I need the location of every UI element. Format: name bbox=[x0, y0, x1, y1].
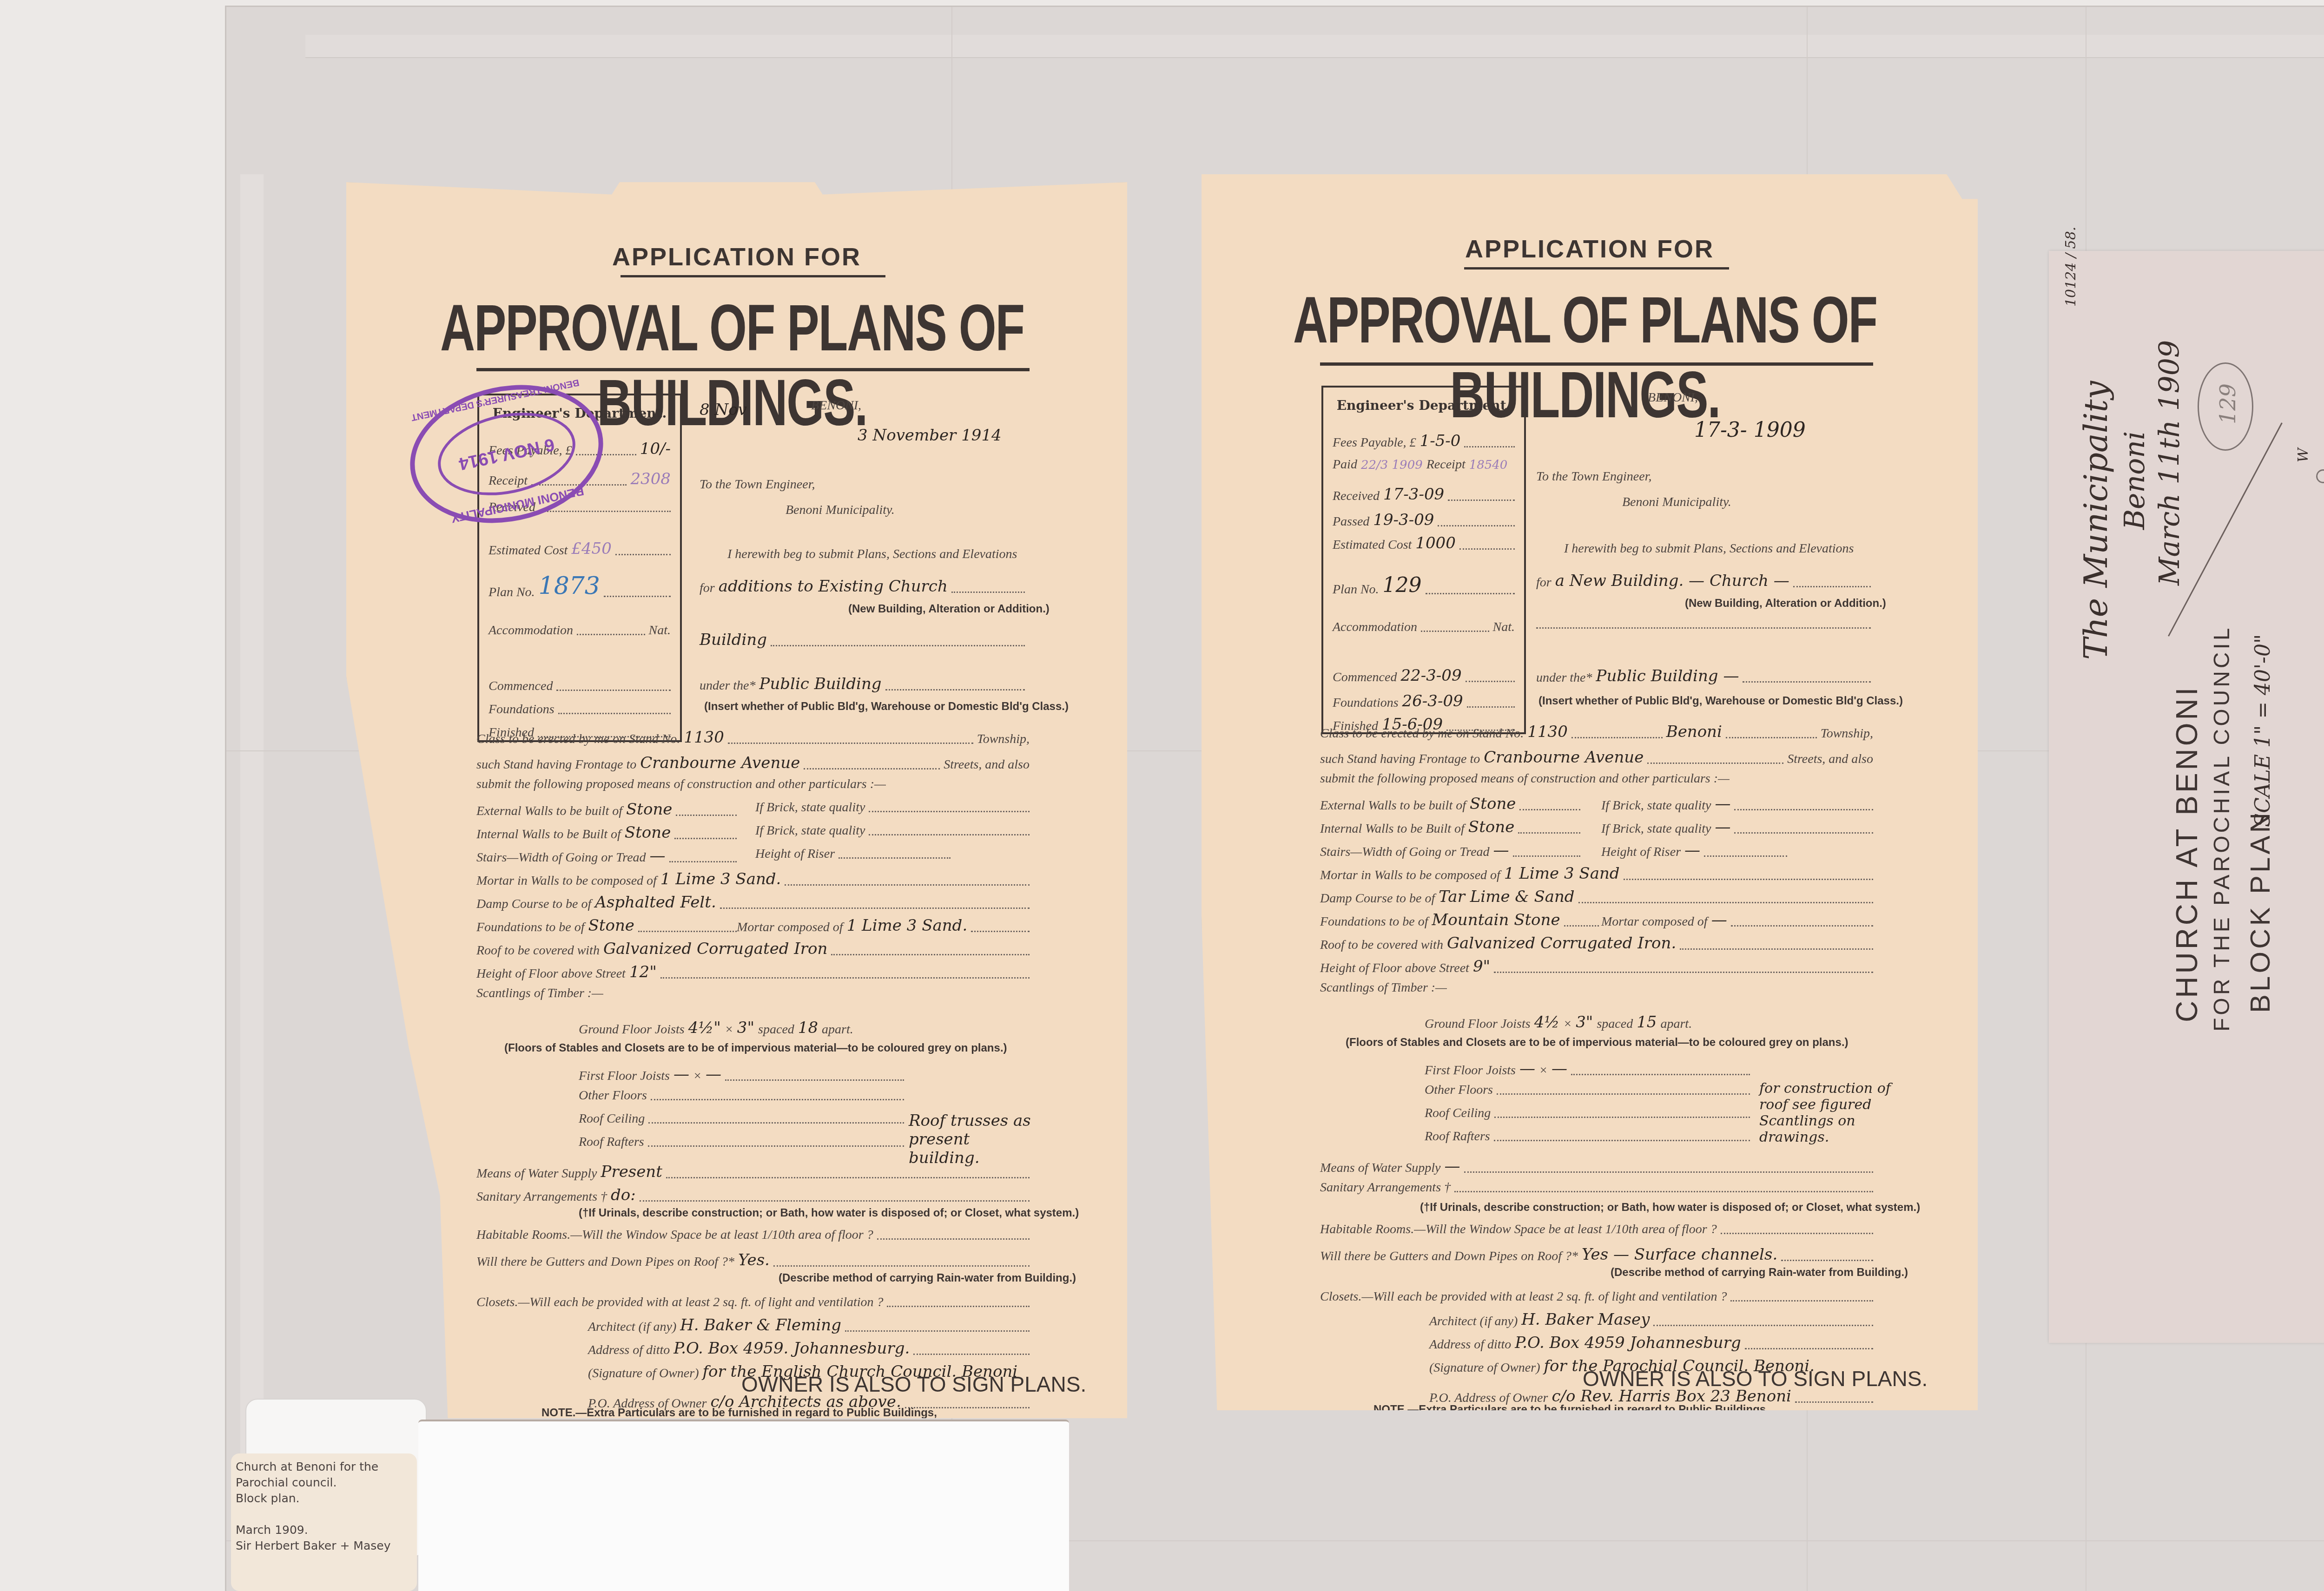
paid-value: 22/3 1909 bbox=[1361, 458, 1423, 472]
floor-height-label: Height of Floor above Street bbox=[476, 966, 626, 981]
architect-value: H. Baker & Fleming bbox=[680, 1316, 841, 1335]
ext-walls-label: External Walls to be built of bbox=[1320, 798, 1466, 813]
divider bbox=[621, 275, 885, 277]
urinals-note: (†If Urinals, describe construction; or … bbox=[1420, 1201, 1920, 1214]
gutters-label: Will there be Gutters and Down Pipes on … bbox=[1320, 1249, 1578, 1264]
floors-note: (Floors of Stables and Closets are to be… bbox=[504, 1042, 1007, 1055]
closets-label: Closets.—Will each be provided with at l… bbox=[476, 1295, 883, 1310]
int-walls-value: Stone bbox=[625, 823, 671, 842]
water-label: Means of Water Supply bbox=[476, 1166, 597, 1181]
for-value: additions to Existing Church bbox=[719, 577, 948, 596]
address-value: P.O. Box 4959 Johannesburg bbox=[1515, 1334, 1741, 1352]
receipt-label: Receipt bbox=[1426, 457, 1466, 472]
first-floor-w: — bbox=[1519, 1059, 1535, 1078]
riser-label: Height of Riser bbox=[1601, 845, 1681, 860]
stairs-label: Stairs—Width of Going or Tread bbox=[1320, 845, 1490, 860]
plan-no-value: 1873 bbox=[539, 572, 600, 600]
scantlings-label: Scantlings of Timber :— bbox=[476, 986, 603, 1001]
est-cost-value: 1000 bbox=[1415, 534, 1456, 552]
compass-west: W bbox=[2295, 448, 2311, 462]
form-header-large: APPROVAL OF PLANS OF BUILDINGS. bbox=[1192, 283, 1978, 433]
ground-floor-spaced: 15 bbox=[1637, 1013, 1657, 1032]
first-floor-label: First Floor Joists bbox=[1425, 1063, 1516, 1078]
other-floors-label: Other Floors bbox=[579, 1088, 647, 1103]
form-header-small: APPLICATION FOR bbox=[346, 243, 1127, 271]
application-date: 17-3- 1909 bbox=[1694, 418, 1806, 442]
ground-floor-w: 4½ bbox=[1534, 1013, 1560, 1032]
spaced-label: spaced bbox=[758, 1022, 794, 1037]
architect-label: Architect (if any) bbox=[588, 1320, 676, 1335]
roof-label: Roof to be covered with bbox=[1320, 938, 1443, 953]
roof-value: Galvanized Corrugated Iron bbox=[603, 940, 828, 958]
rain-note: (Describe method of carrying Rain-water … bbox=[779, 1272, 1076, 1285]
int-walls-label: Internal Walls to be Built of bbox=[476, 827, 621, 842]
application-form-1914: APPLICATION FOR APPROVAL OF PLANS OF BUI… bbox=[346, 182, 1127, 1418]
passed-value: 19-3-09 bbox=[1373, 511, 1434, 529]
ground-floor-w: 4½" bbox=[688, 1019, 721, 1037]
ground-floor-label: Ground Floor Joists bbox=[1425, 1017, 1531, 1032]
gutters-value: Yes. bbox=[738, 1251, 770, 1269]
brick-quality-label: If Brick, state quality bbox=[1601, 798, 1711, 813]
town-label: BENONI, bbox=[811, 398, 861, 413]
signature-label: (Signature of Owner) bbox=[588, 1366, 699, 1381]
brick-quality-value: — bbox=[1715, 795, 1730, 813]
damp-label: Damp Course to be of bbox=[1320, 891, 1435, 906]
closets-label: Closets.—Will each be provided with at l… bbox=[1320, 1289, 1727, 1304]
municipality: Benoni Municipality. bbox=[1622, 495, 1731, 510]
ext-walls-label: External Walls to be built of bbox=[476, 804, 622, 819]
label-line: March 1909. bbox=[236, 1522, 412, 1538]
class-hint: (Insert whether of Public Bld'g, Warehou… bbox=[704, 700, 1069, 713]
form-header-small: APPLICATION FOR bbox=[1202, 235, 1978, 263]
roof-note: Roof trusses as present building. bbox=[909, 1111, 1034, 1167]
first-floor-d: — bbox=[1552, 1059, 1567, 1078]
plan-no-label: Plan No. bbox=[489, 585, 535, 600]
gutters-value: Yes — Surface channels. bbox=[1582, 1245, 1777, 1264]
stairs-value: — bbox=[1493, 841, 1509, 860]
architect-value: H. Baker Masey bbox=[1521, 1310, 1650, 1329]
township-label: Township, bbox=[977, 732, 1030, 747]
stamp-date: 6 NOV 1914 bbox=[457, 434, 556, 474]
urinals-note: (†If Urinals, describe construction; or … bbox=[579, 1207, 1079, 1220]
label-line: Block plan. bbox=[236, 1491, 412, 1506]
habitable-label: Habitable Rooms.—Will the Window Space b… bbox=[1320, 1222, 1717, 1237]
rain-note: (Describe method of carrying Rain-water … bbox=[1611, 1266, 1908, 1279]
divider bbox=[1320, 362, 1873, 366]
damp-label: Damp Course to be of bbox=[476, 897, 591, 912]
frontage-value: Cranbourne Avenue bbox=[1484, 748, 1644, 767]
commenced-label: Commenced bbox=[489, 679, 553, 694]
plan-block-label: BLOCK PLAN bbox=[2244, 810, 2276, 1013]
submit-text: I herewith beg to submit Plans, Sections… bbox=[727, 547, 1017, 562]
floor-height-value: 12" bbox=[629, 963, 657, 981]
brick-quality-label: If Brick, state quality bbox=[755, 823, 865, 838]
for-value: a New Building. — Church — bbox=[1555, 572, 1789, 590]
commenced-label: Commenced bbox=[1333, 670, 1397, 685]
note-line-1: NOTE.—Extra Particulars are to be furnis… bbox=[541, 1407, 937, 1420]
for-label: for bbox=[700, 581, 715, 596]
received-value: 17-3-09 bbox=[1383, 485, 1444, 504]
plan-title: CHURCH AT BENONI bbox=[2170, 684, 2204, 1022]
water-value: Present bbox=[601, 1163, 662, 1181]
accommodation-label: Accommodation bbox=[1333, 620, 1417, 635]
ground-floor-d: 3" bbox=[737, 1019, 754, 1037]
roof-rafters-label: Roof Rafters bbox=[579, 1135, 644, 1150]
submit-following: submit the following proposed means of c… bbox=[476, 777, 886, 792]
under-the-label: under the* bbox=[1536, 671, 1592, 685]
compass-icon bbox=[2316, 469, 2324, 483]
township-label: Township, bbox=[1821, 726, 1873, 741]
sanitary-value: do: bbox=[611, 1186, 636, 1204]
foundations-of-label: Foundations to be of bbox=[476, 920, 585, 935]
spaced-label: spaced bbox=[1597, 1017, 1633, 1032]
fees-label: Fees Payable, £ bbox=[1333, 435, 1416, 450]
passed-label: Passed bbox=[1333, 514, 1369, 529]
mortar-comp-value: — bbox=[1711, 911, 1727, 929]
mortar-walls-label: Mortar in Walls to be composed of bbox=[1320, 868, 1500, 883]
block-plan-sheet: 10124 / 58. The Municipality Benoni Marc… bbox=[2049, 251, 2324, 1343]
plan-no-label: Plan No. bbox=[1333, 582, 1379, 597]
to-engineer: To the Town Engineer, bbox=[700, 477, 815, 492]
class-value: Public Building bbox=[759, 675, 882, 693]
paid-label: Paid bbox=[1333, 457, 1357, 472]
mortar-walls-value: 1 Lime 3 Sand. bbox=[660, 870, 781, 888]
alteration-hint: (New Building, Alteration or Addition.) bbox=[1685, 597, 1886, 610]
mortar-walls-value: 1 Lime 3 Sand bbox=[1504, 864, 1620, 883]
catalogue-label-card: Church at Benoni for the Parochial counc… bbox=[231, 1453, 417, 1591]
est-cost-label: Estimated Cost bbox=[1333, 538, 1412, 552]
brick-quality-label: If Brick, state quality bbox=[1601, 822, 1711, 836]
stand-label: Class to be erected by me on Stand No. bbox=[1320, 726, 1524, 741]
plan-addressee-date: March 11th 1909 bbox=[2153, 340, 2186, 585]
class-value: Public Building — bbox=[1596, 667, 1739, 685]
int-walls-label: Internal Walls to be Built of bbox=[1320, 822, 1465, 836]
first-floor-label: First Floor Joists bbox=[579, 1069, 670, 1084]
municipality: Benoni Municipality. bbox=[786, 503, 895, 518]
plan-no-value: 129 bbox=[1383, 573, 1422, 597]
foundations-value: Stone bbox=[588, 916, 634, 935]
first-floor-d: — bbox=[706, 1065, 721, 1084]
ground-floor-d: 3" bbox=[1576, 1013, 1593, 1032]
ext-walls-value: Stone bbox=[626, 800, 672, 819]
roof-value: Galvanized Corrugated Iron. bbox=[1447, 934, 1676, 953]
fees-value: 1-5-0 bbox=[1420, 432, 1461, 450]
roof-ceiling-label: Roof Ceiling bbox=[579, 1111, 645, 1126]
frontage-value: Cranbourne Avenue bbox=[640, 754, 800, 772]
water-label: Means of Water Supply bbox=[1320, 1161, 1441, 1176]
scantlings-label: Scantlings of Timber :— bbox=[1320, 980, 1447, 995]
frontage-label: such Stand having Frontage to bbox=[1320, 752, 1480, 767]
fees-value: 10/- bbox=[640, 440, 671, 458]
roof-rafters-label: Roof Rafters bbox=[1425, 1129, 1490, 1144]
label-line bbox=[236, 1506, 412, 1522]
under-the-label: under the* bbox=[700, 678, 756, 693]
first-floor-w: — bbox=[673, 1065, 689, 1084]
foundations-of-label: Foundations to be of bbox=[1320, 914, 1428, 929]
damp-value: Asphalted Felt. bbox=[595, 893, 716, 912]
riser-value: — bbox=[1684, 841, 1700, 860]
submit-text: I herewith beg to submit Plans, Sections… bbox=[1564, 541, 1854, 556]
stand-value: 1130 bbox=[684, 728, 724, 747]
gutters-label: Will there be Gutters and Down Pipes on … bbox=[476, 1255, 734, 1269]
plan-addressee-town: Benoni bbox=[2119, 431, 2151, 530]
streets-label: Streets, and also bbox=[944, 757, 1030, 772]
ground-floor-label: Ground Floor Joists bbox=[579, 1022, 685, 1037]
circled-plan-number: 129 bbox=[2198, 362, 2253, 451]
address-value: P.O. Box 4959. Johannesburg. bbox=[673, 1339, 910, 1358]
foundations-value: Mountain Stone bbox=[1432, 911, 1560, 929]
mortar-comp-label: Mortar composed of bbox=[1601, 914, 1708, 929]
town-label: BENONI, bbox=[1648, 390, 1698, 405]
sanitary-label: Sanitary Arrangements † bbox=[476, 1190, 607, 1204]
divider bbox=[1464, 267, 1729, 270]
engineer-department-box: Engineer's Department. Fees Payable, £1-… bbox=[1321, 386, 1526, 734]
eng-dept-title: Engineer's Department. bbox=[1332, 398, 1516, 413]
mortar-walls-label: Mortar in Walls to be composed of bbox=[476, 874, 657, 888]
class-hint: (Insert whether of Public Bld'g, Warehou… bbox=[1538, 695, 1903, 708]
application-date: 3 November 1914 bbox=[858, 426, 1002, 445]
brick-quality-label: If Brick, state quality bbox=[755, 800, 865, 815]
label-line: Parochial council. bbox=[236, 1475, 412, 1491]
for-label: for bbox=[1536, 575, 1552, 590]
signature-label: (Signature of Owner) bbox=[1429, 1361, 1540, 1375]
label-line: Church at Benoni for the bbox=[236, 1459, 412, 1475]
riser-label: Height of Riser bbox=[755, 847, 835, 861]
other-floors-label: Other Floors bbox=[1425, 1083, 1493, 1098]
receipt-value: 18540 bbox=[1469, 458, 1508, 472]
building-value: Building bbox=[700, 631, 767, 649]
foundations-label: Foundations bbox=[1333, 696, 1399, 710]
foundations-date-value: 26-3-09 bbox=[1402, 692, 1463, 710]
roof-ceiling-label: Roof Ceiling bbox=[1425, 1106, 1491, 1121]
ext-walls-value: Stone bbox=[1470, 795, 1516, 813]
accommodation-label: Accommodation bbox=[489, 623, 573, 638]
address-label: Address of ditto bbox=[588, 1343, 670, 1358]
floors-note: (Floors of Stables and Closets are to be… bbox=[1346, 1036, 1849, 1049]
marginal-note: 8 Nov bbox=[700, 401, 747, 419]
label-line: Sir Herbert Baker + Masey bbox=[236, 1538, 412, 1554]
to-engineer: To the Town Engineer, bbox=[1536, 469, 1651, 484]
commenced-value: 22-3-09 bbox=[1400, 666, 1461, 685]
plan-scale: SCALE 1" = 40'-0" bbox=[2251, 634, 2275, 827]
board-top-strip bbox=[305, 35, 2324, 58]
township-value: Benoni bbox=[1666, 723, 1722, 741]
plan-addressee: The Municipality bbox=[2077, 381, 2115, 660]
submit-following: submit the following proposed means of c… bbox=[1320, 771, 1730, 786]
frontage-label: such Stand having Frontage to bbox=[476, 757, 636, 772]
brick-quality-value: — bbox=[1715, 818, 1730, 836]
address-label: Address of ditto bbox=[1429, 1337, 1511, 1352]
water-value: — bbox=[1445, 1157, 1460, 1176]
apart-label: apart. bbox=[1660, 1017, 1692, 1032]
received-label: Received bbox=[1333, 489, 1380, 504]
plan-subtitle: FOR THE PAROCHIAL COUNCIL bbox=[2209, 625, 2235, 1032]
po-address-value: c/o Rev. Harris Box 23 Benoni bbox=[1552, 1387, 1791, 1406]
stairs-label: Stairs—Width of Going or Tread bbox=[476, 850, 646, 865]
apart-label: apart. bbox=[822, 1022, 853, 1037]
floor-height-label: Height of Floor above Street bbox=[1320, 961, 1469, 976]
receipt-value: 2308 bbox=[630, 470, 671, 488]
divider bbox=[476, 368, 1030, 371]
mortar-comp-label: Mortar composed of bbox=[737, 920, 843, 935]
plan-ref-number: 10124 / 58. bbox=[2063, 227, 2079, 307]
nat-label: Nat. bbox=[649, 623, 671, 638]
int-walls-value: Stone bbox=[1468, 818, 1514, 836]
mortar-comp-value: 1 Lime 3 Sand. bbox=[847, 916, 968, 935]
floor-height-value: 9" bbox=[1473, 957, 1490, 976]
stand-value: 1130 bbox=[1527, 723, 1568, 741]
board-left-strip bbox=[240, 174, 264, 1522]
nat-label: Nat. bbox=[1493, 620, 1515, 635]
est-cost-label: Estimated Cost bbox=[489, 543, 568, 558]
streets-label: Streets, and also bbox=[1787, 752, 1873, 767]
foundations-label: Foundations bbox=[489, 702, 555, 717]
application-form-1909: APPLICATION FOR APPROVAL OF PLANS OF BUI… bbox=[1202, 174, 1978, 1410]
alteration-hint: (New Building, Alteration or Addition.) bbox=[848, 603, 1050, 616]
est-cost-value: £450 bbox=[571, 539, 612, 558]
sanitary-label: Sanitary Arrangements † bbox=[1320, 1180, 1451, 1195]
habitable-label: Habitable Rooms.—Will the Window Space b… bbox=[476, 1228, 873, 1243]
circle-number-text: 129 bbox=[2215, 383, 2240, 424]
stairs-value: — bbox=[650, 847, 666, 865]
roof-note: for construction of roof see figured Sca… bbox=[1759, 1080, 1899, 1145]
roof-label: Roof to be covered with bbox=[476, 943, 600, 958]
ground-floor-spaced: 18 bbox=[798, 1019, 818, 1037]
stand-label: Class to be erected by me on Stand No. bbox=[476, 732, 680, 747]
envelope-pocket[interactable] bbox=[418, 1420, 1069, 1591]
architect-label: Architect (if any) bbox=[1429, 1314, 1518, 1329]
damp-value: Tar Lime & Sand bbox=[1439, 888, 1574, 906]
